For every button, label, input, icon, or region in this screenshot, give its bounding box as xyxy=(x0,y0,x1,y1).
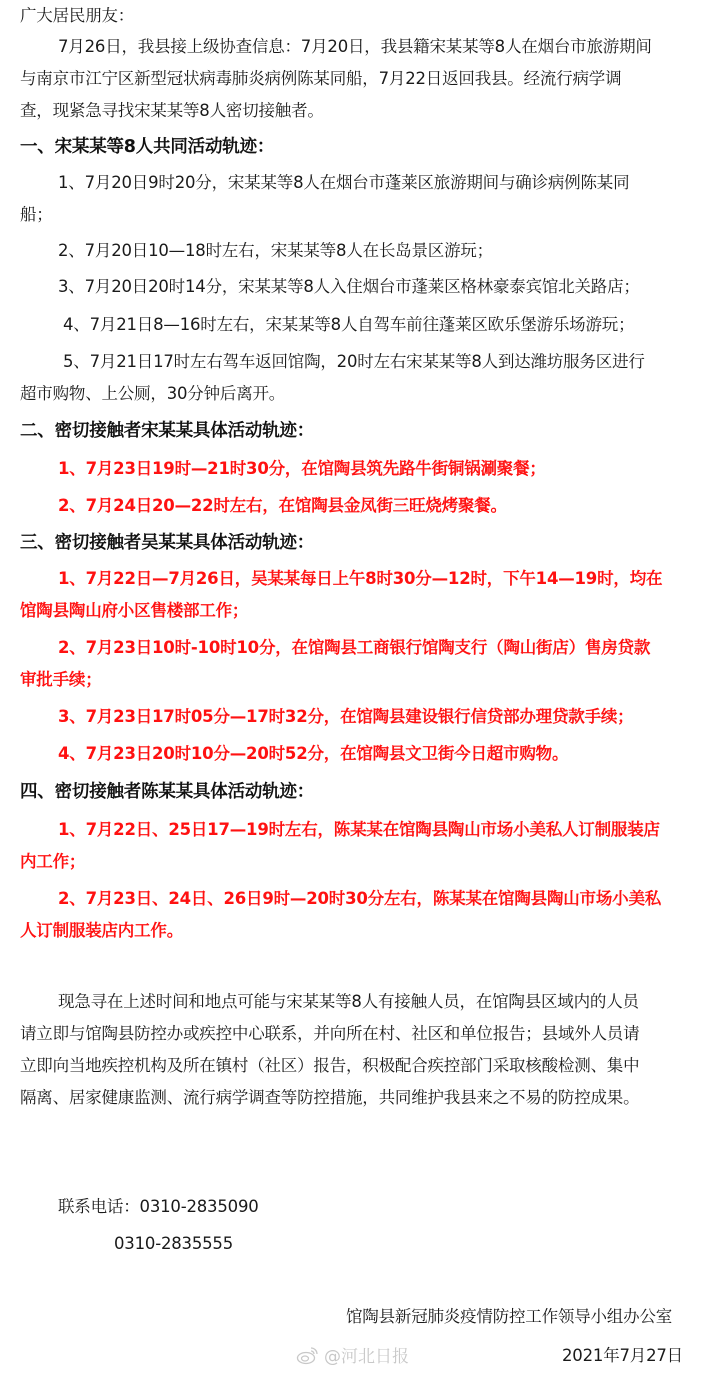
section-4-item-1-cont: 内工作； xyxy=(20,851,85,873)
weibo-watermark: @河北日报 xyxy=(296,1342,409,1367)
weibo-icon xyxy=(296,1345,320,1365)
section-3-item-1: 1、7月22日—7月26日，吴某某每日上午8时30分—12时，下午14—19时，… xyxy=(58,568,662,590)
section-3-heading: 三、密切接触者吴某某具体活动轨迹： xyxy=(20,532,314,554)
section-3-item-2-cont: 审批手续； xyxy=(20,669,102,691)
intro-line-1: 7月26日，我县接上级协查信息：7月20日，我县籍宋某某等8人在烟台市旅游期间 xyxy=(58,36,652,58)
section-4-heading: 四、密切接触者陈某某具体活动轨迹： xyxy=(20,781,314,803)
section-3-item-4: 4、7月23日20时10分—20时52分，在馆陶县文卫街今日超市购物。 xyxy=(58,743,568,765)
intro-line-3: 查，现紧急寻找宋某某等8人密切接触者。 xyxy=(20,100,324,122)
section-3-item-1-cont: 馆陶县陶山府小区售楼部工作； xyxy=(20,600,248,622)
section-1-item-5: 5、7月21日17时左右驾车返回馆陶，20时左右宋某某等8人到达潍坊服务区进行 xyxy=(63,351,645,373)
section-4-item-1: 1、7月22日、25日17—19时左右，陈某某在馆陶县陶山市场小美私人订制服装店 xyxy=(58,819,660,841)
watermark-text: @河北日报 xyxy=(324,1342,409,1367)
section-3-item-2: 2、7月23日10时-10时10分，在馆陶县工商银行馆陶支行（陶山街店）售房贷款 xyxy=(58,637,650,659)
section-2-item-1: 1、7月23日19时—21时30分，在馆陶县筑先路牛街铜锅涮聚餐； xyxy=(58,458,546,480)
contact-line: 联系电话：0310-2835090 xyxy=(58,1196,259,1218)
intro-line-2: 与南京市江宁区新型冠状病毒肺炎病例陈某同船，7月22日返回我县。经流行病学调 xyxy=(20,68,621,90)
section-1-item-2: 2、7月20日10—18时左右，宋某某等8人在长岛景区游玩； xyxy=(58,240,493,262)
section-1-item-5-cont: 超市购物、上公厕，30分钟后离开。 xyxy=(20,383,285,405)
notice-line-2: 请立即与馆陶县防控办或疾控中心联系，并向所在村、社区和单位报告；县域外人员请 xyxy=(20,1023,639,1045)
phone-2: 0310-2835555 xyxy=(114,1233,233,1255)
section-4-item-2: 2、7月23日、24日、26日9时—20时30分左右，陈某某在馆陶县陶山市场小美… xyxy=(58,888,661,910)
section-1-item-1: 1、7月20日9时20分，宋某某等8人在烟台市蓬莱区旅游期间与确诊病例陈某同 xyxy=(58,172,629,194)
phone-1: 0310-2835090 xyxy=(140,1197,259,1216)
section-3-item-3: 3、7月23日17时05分—17时32分，在馆陶县建设银行信贷部办理贷款手续； xyxy=(58,706,633,728)
notice-line-1: 现急寻在上述时间和地点可能与宋某某等8人有接触人员，在馆陶县区域内的人员 xyxy=(58,991,639,1013)
notice-line-3: 立即向当地疾控机构及所在镇村（社区）报告，积极配合疾控部门采取核酸检测、集中 xyxy=(20,1055,639,1077)
section-2-heading: 二、密切接触者宋某某具体活动轨迹： xyxy=(20,420,314,442)
section-1-item-3: 3、7月20日20时14分，宋某某等8人入住烟台市蓬莱区格林豪泰宾馆北关路店； xyxy=(58,276,640,298)
section-1-heading: 一、宋某某等8人共同活动轨迹： xyxy=(20,136,274,158)
greeting: 广大居民朋友： xyxy=(20,5,134,27)
section-1-item-4: 4、7月21日8—16时左右，宋某某等8人自驾车前往蓬莱区欧乐堡游乐场游玩； xyxy=(63,314,634,336)
signature: 馆陶县新冠肺炎疫情防控工作领导小组办公室 xyxy=(346,1306,672,1328)
section-2-item-2: 2、7月24日20—22时左右，在馆陶县金凤街三旺烧烤聚餐。 xyxy=(58,495,507,517)
contact-label: 联系电话： xyxy=(58,1197,140,1216)
section-1-item-1-cont: 船； xyxy=(20,204,53,226)
date: 2021年7月27日 xyxy=(562,1345,683,1367)
notice-line-4: 隔离、居家健康监测、流行病学调查等防控措施，共同维护我县来之不易的防控成果。 xyxy=(20,1087,639,1109)
section-4-item-2-cont: 人订制服装店内工作。 xyxy=(20,920,183,942)
